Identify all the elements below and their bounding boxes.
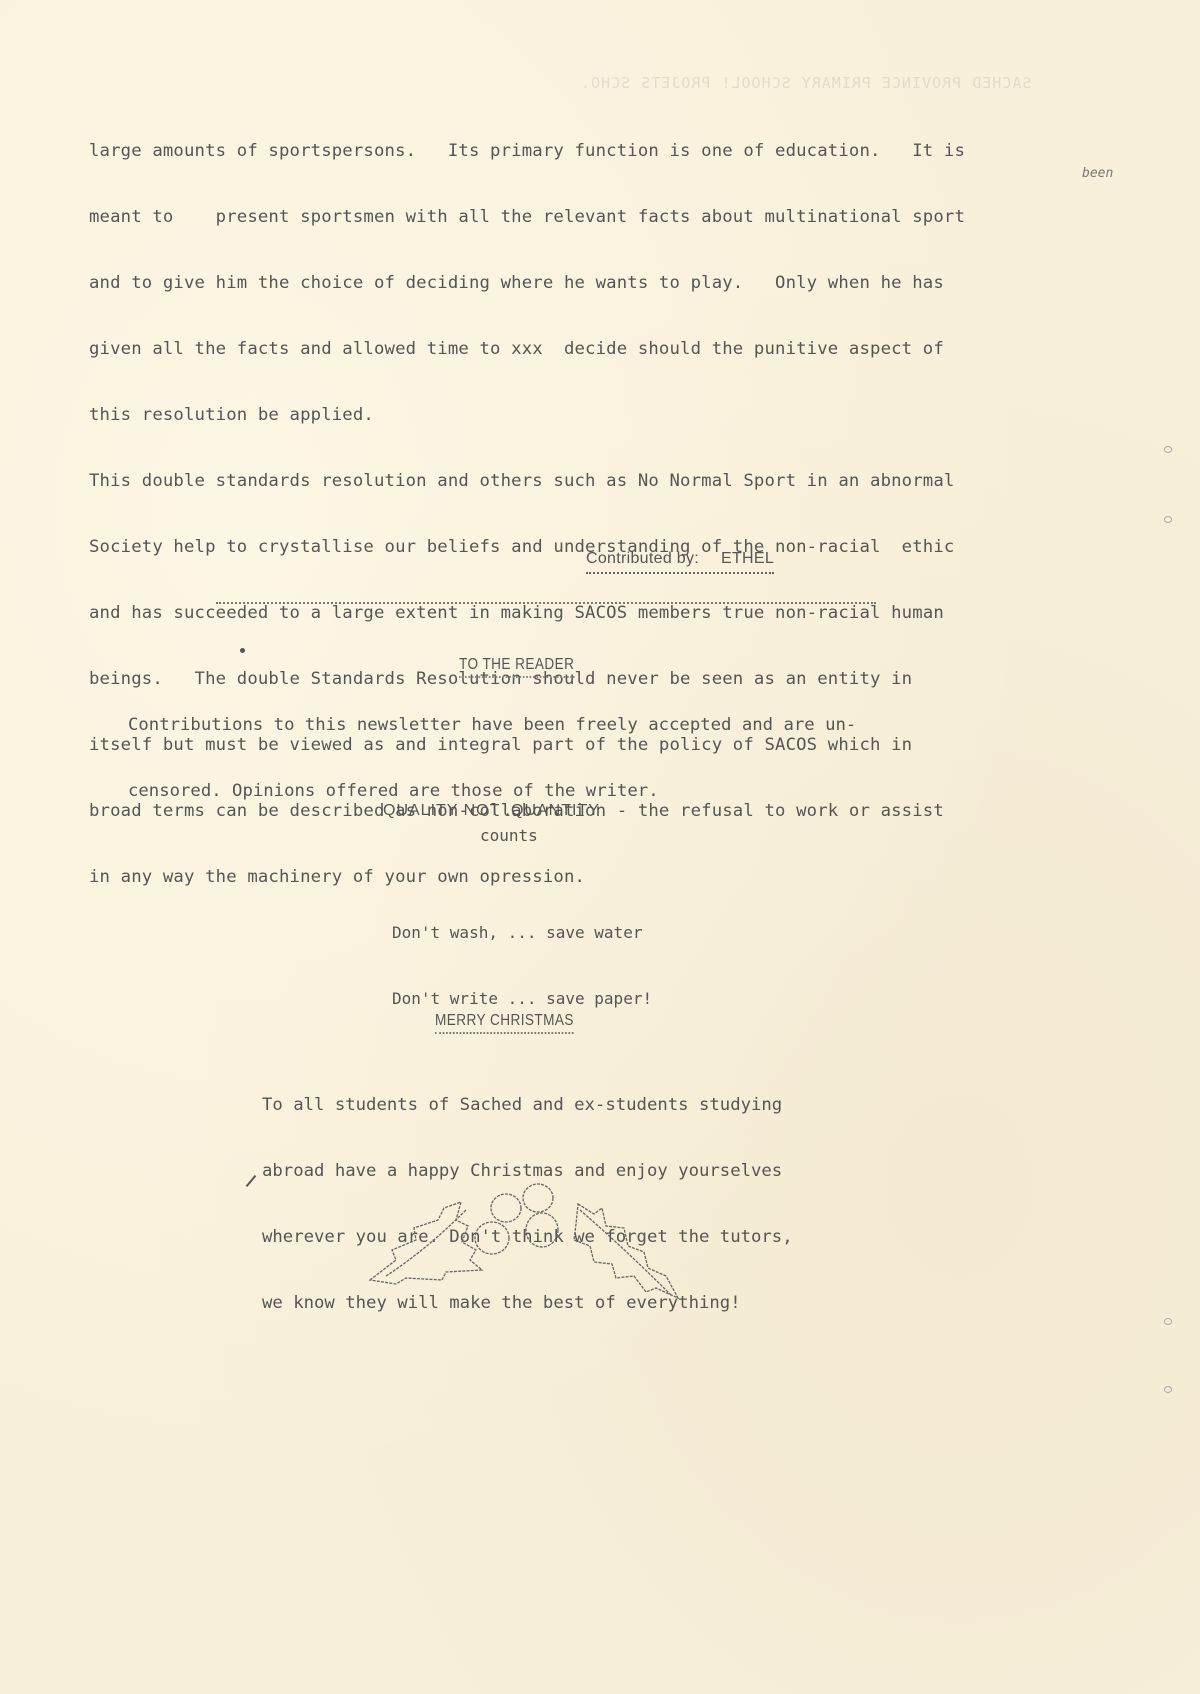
ink-dot xyxy=(240,648,245,653)
body-line: given all the facts and allowed time to … xyxy=(89,338,1129,360)
reader-line: censored. Opinions offered are those of … xyxy=(128,780,1028,802)
punch-hole-mark xyxy=(1164,1318,1172,1325)
slogan-line: Don't write ... save paper! xyxy=(392,988,652,1010)
newsletter-page: SACHED PROVINCE PRIMARY SCHOOL! PROJETS … xyxy=(0,0,1200,1694)
body-line: meant to present sportsmen with all the … xyxy=(89,206,1129,228)
christmas-line: abroad have a happy Christmas and enjoy … xyxy=(262,1160,922,1182)
body-line: large amounts of sportspersons. Its prim… xyxy=(89,140,1129,162)
punch-hole-mark xyxy=(1164,1386,1172,1393)
body-line: This double standards resolution and oth… xyxy=(89,470,1129,492)
bleed-through-header: SACHED PROVINCE PRIMARY SCHOOL! PROJETS … xyxy=(580,74,1031,92)
contributed-by-line: Contributed by: ETHEL xyxy=(586,550,774,574)
contributed-author: ETHEL xyxy=(721,550,774,568)
stray-ink-mark xyxy=(246,1175,257,1187)
punch-hole-mark xyxy=(1164,446,1172,453)
reader-line: Contributions to this newsletter have be… xyxy=(128,714,1028,736)
quality-slogan-title: QUALITY NOT .QUANTITY xyxy=(383,802,600,820)
dotted-divider xyxy=(216,602,876,604)
body-line: and has succeeded to a large extent in m… xyxy=(89,602,1129,624)
body-line: and to give him the choice of deciding w… xyxy=(89,272,1129,294)
slogan-line: Don't wash, ... save water xyxy=(392,922,652,944)
handwritten-margin-note: been xyxy=(1082,166,1113,181)
punch-hole-mark xyxy=(1164,516,1172,523)
christmas-line: To all students of Sached and ex-student… xyxy=(262,1094,922,1116)
merry-christmas-heading: MERRY CHRISTMAS xyxy=(435,1012,574,1034)
body-line: this resolution be applied. xyxy=(89,404,1129,426)
contributed-label: Contributed by: xyxy=(586,550,699,568)
quality-slogan-subtitle: counts xyxy=(480,826,538,845)
holly-icon xyxy=(366,1180,706,1300)
